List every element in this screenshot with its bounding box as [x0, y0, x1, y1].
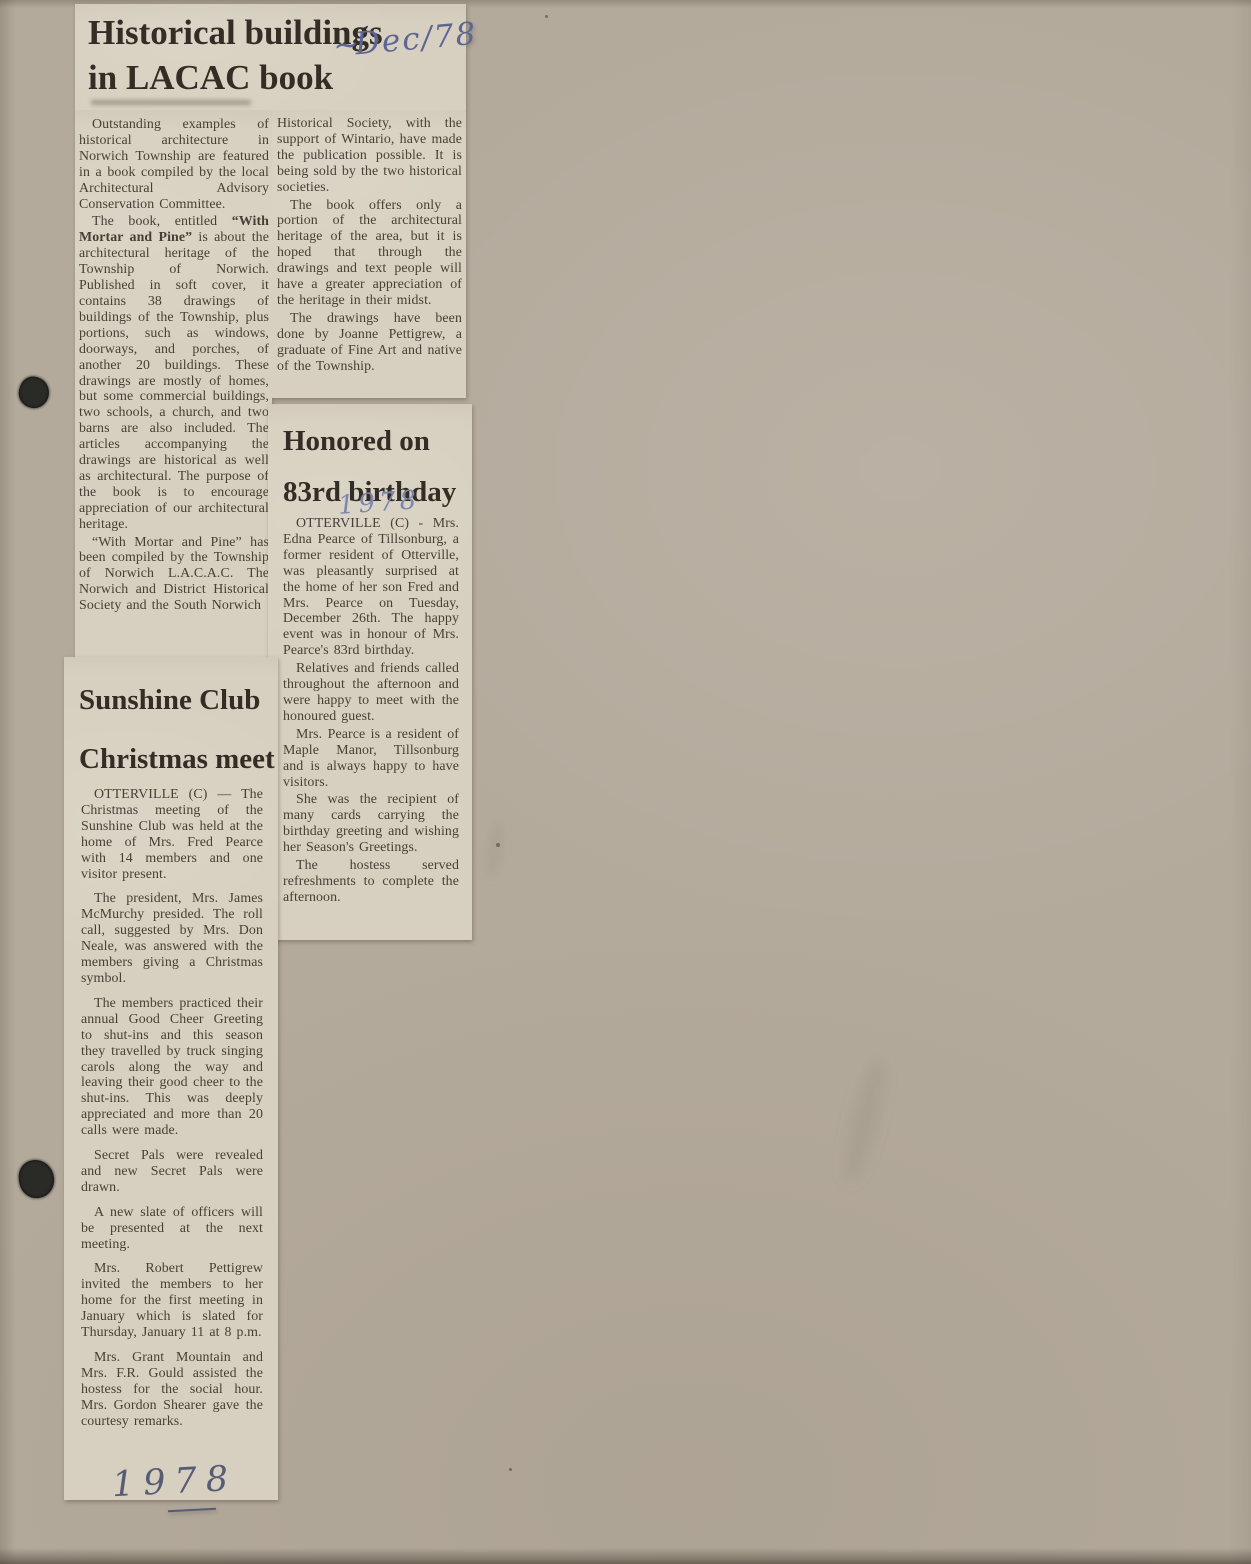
article-column-2: Historical Society, with the support of …: [277, 116, 462, 375]
page-smudge: [837, 1054, 894, 1186]
paragraph: The hostess served refreshments to compl…: [283, 858, 459, 906]
headline-line: Honored on: [283, 425, 430, 457]
paragraph-text: The book, entitled: [92, 214, 232, 229]
paragraph-text: Outstanding examples of historical archi…: [79, 117, 269, 212]
article-column-1: Outstanding examples of historical archi…: [79, 117, 269, 614]
paragraph-text: Mrs. Pearce is a resident of Maple Manor…: [283, 727, 459, 790]
paragraph: Mrs. Pearce is a resident of Maple Manor…: [283, 727, 459, 791]
paragraph-text: The book offers only a portion of the ar…: [277, 198, 462, 308]
paragraph-text: A new slate of officers will be presente…: [81, 1205, 263, 1252]
headline-line: Christmas meet: [79, 743, 275, 775]
paragraph-text: She was the recipient of many cards carr…: [283, 792, 459, 855]
paragraph: She was the recipient of many cards carr…: [283, 792, 459, 856]
headline-line: in LACAC book: [88, 58, 333, 97]
paragraph-text: The president, Mrs. James McMurchy presi…: [81, 891, 263, 986]
paragraph-text: Mrs. Robert Pettigrew invited the member…: [81, 1261, 263, 1340]
paragraph: OTTERVILLE (C) — The Christmas meeting o…: [81, 787, 263, 882]
paragraph: The president, Mrs. James McMurchy presi…: [81, 891, 263, 986]
paragraph-text: The drawings have been done by Joanne Pe…: [277, 311, 462, 374]
handwritten-date: 1978: [111, 1459, 238, 1505]
paragraph-text: Historical Society, with the support of …: [277, 116, 462, 195]
page-speck: [545, 15, 548, 18]
paragraph-text: The members practiced their annual Good …: [81, 996, 263, 1138]
article-headline: Sunshine ClubChristmas meet: [79, 671, 275, 789]
paragraph: The drawings have been done by Joanne Pe…: [277, 311, 462, 375]
page-speck: [509, 1468, 512, 1471]
page-speck: [496, 843, 500, 847]
paragraph: A new slate of officers will be presente…: [81, 1205, 263, 1253]
paragraph: Mrs. Robert Pettigrew invited the member…: [81, 1261, 263, 1341]
punch-hole: [15, 373, 53, 412]
handwritten-underline: [168, 1508, 216, 1513]
paragraph-text: Secret Pals were revealed and new Secret…: [81, 1148, 263, 1195]
paragraph-text: Mrs. Grant Mountain and Mrs. F.R. Gould …: [81, 1350, 263, 1429]
clipping-sunshine-article: Sunshine ClubChristmas meet OTTERVILLE (…: [64, 657, 278, 1500]
article-body: OTTERVILLE (C) — The Christmas meeting o…: [81, 787, 263, 1430]
blurred-credit-line: [91, 100, 251, 105]
paragraph: The book, entitled “With Mortar and Pine…: [79, 214, 269, 532]
scrapbook-page: Historical buildingsin LACAC book Dec/78…: [0, 0, 1251, 1564]
paragraph-text: Relatives and friends called throughout …: [283, 661, 459, 724]
clipping-birthday-article: Honored on83rd birthday 1978 OTTERVILLE …: [268, 404, 472, 940]
paragraph: The members practiced their annual Good …: [81, 996, 263, 1139]
paragraph: OTTERVILLE (C) - Mrs. Edna Pearce of Til…: [283, 516, 459, 659]
punch-hole: [17, 1158, 56, 1199]
paragraph: Relatives and friends called throughout …: [283, 661, 459, 725]
paragraph: Historical Society, with the support of …: [277, 116, 462, 196]
page-smudge: [484, 819, 506, 880]
paragraph-text: OTTERVILLE (C) - Mrs. Edna Pearce of Til…: [283, 516, 459, 658]
paragraph: The book offers only a portion of the ar…: [277, 198, 462, 309]
paragraph-text: “With Mortar and Pine” has been compiled…: [79, 535, 269, 614]
paragraph-text: OTTERVILLE (C) — The Christmas meeting o…: [81, 787, 263, 882]
paragraph: “With Mortar and Pine” has been compiled…: [79, 535, 269, 615]
paragraph: Secret Pals were revealed and new Secret…: [81, 1148, 263, 1196]
paragraph-text: is about the architectural heritage of t…: [79, 230, 269, 531]
article-body: OTTERVILLE (C) - Mrs. Edna Pearce of Til…: [283, 516, 459, 906]
headline-line: Sunshine Club: [79, 684, 260, 716]
paragraph-text: The hostess served refreshments to compl…: [283, 858, 459, 905]
paragraph: Outstanding examples of historical archi…: [79, 117, 269, 212]
paragraph: Mrs. Grant Mountain and Mrs. F.R. Gould …: [81, 1350, 263, 1430]
